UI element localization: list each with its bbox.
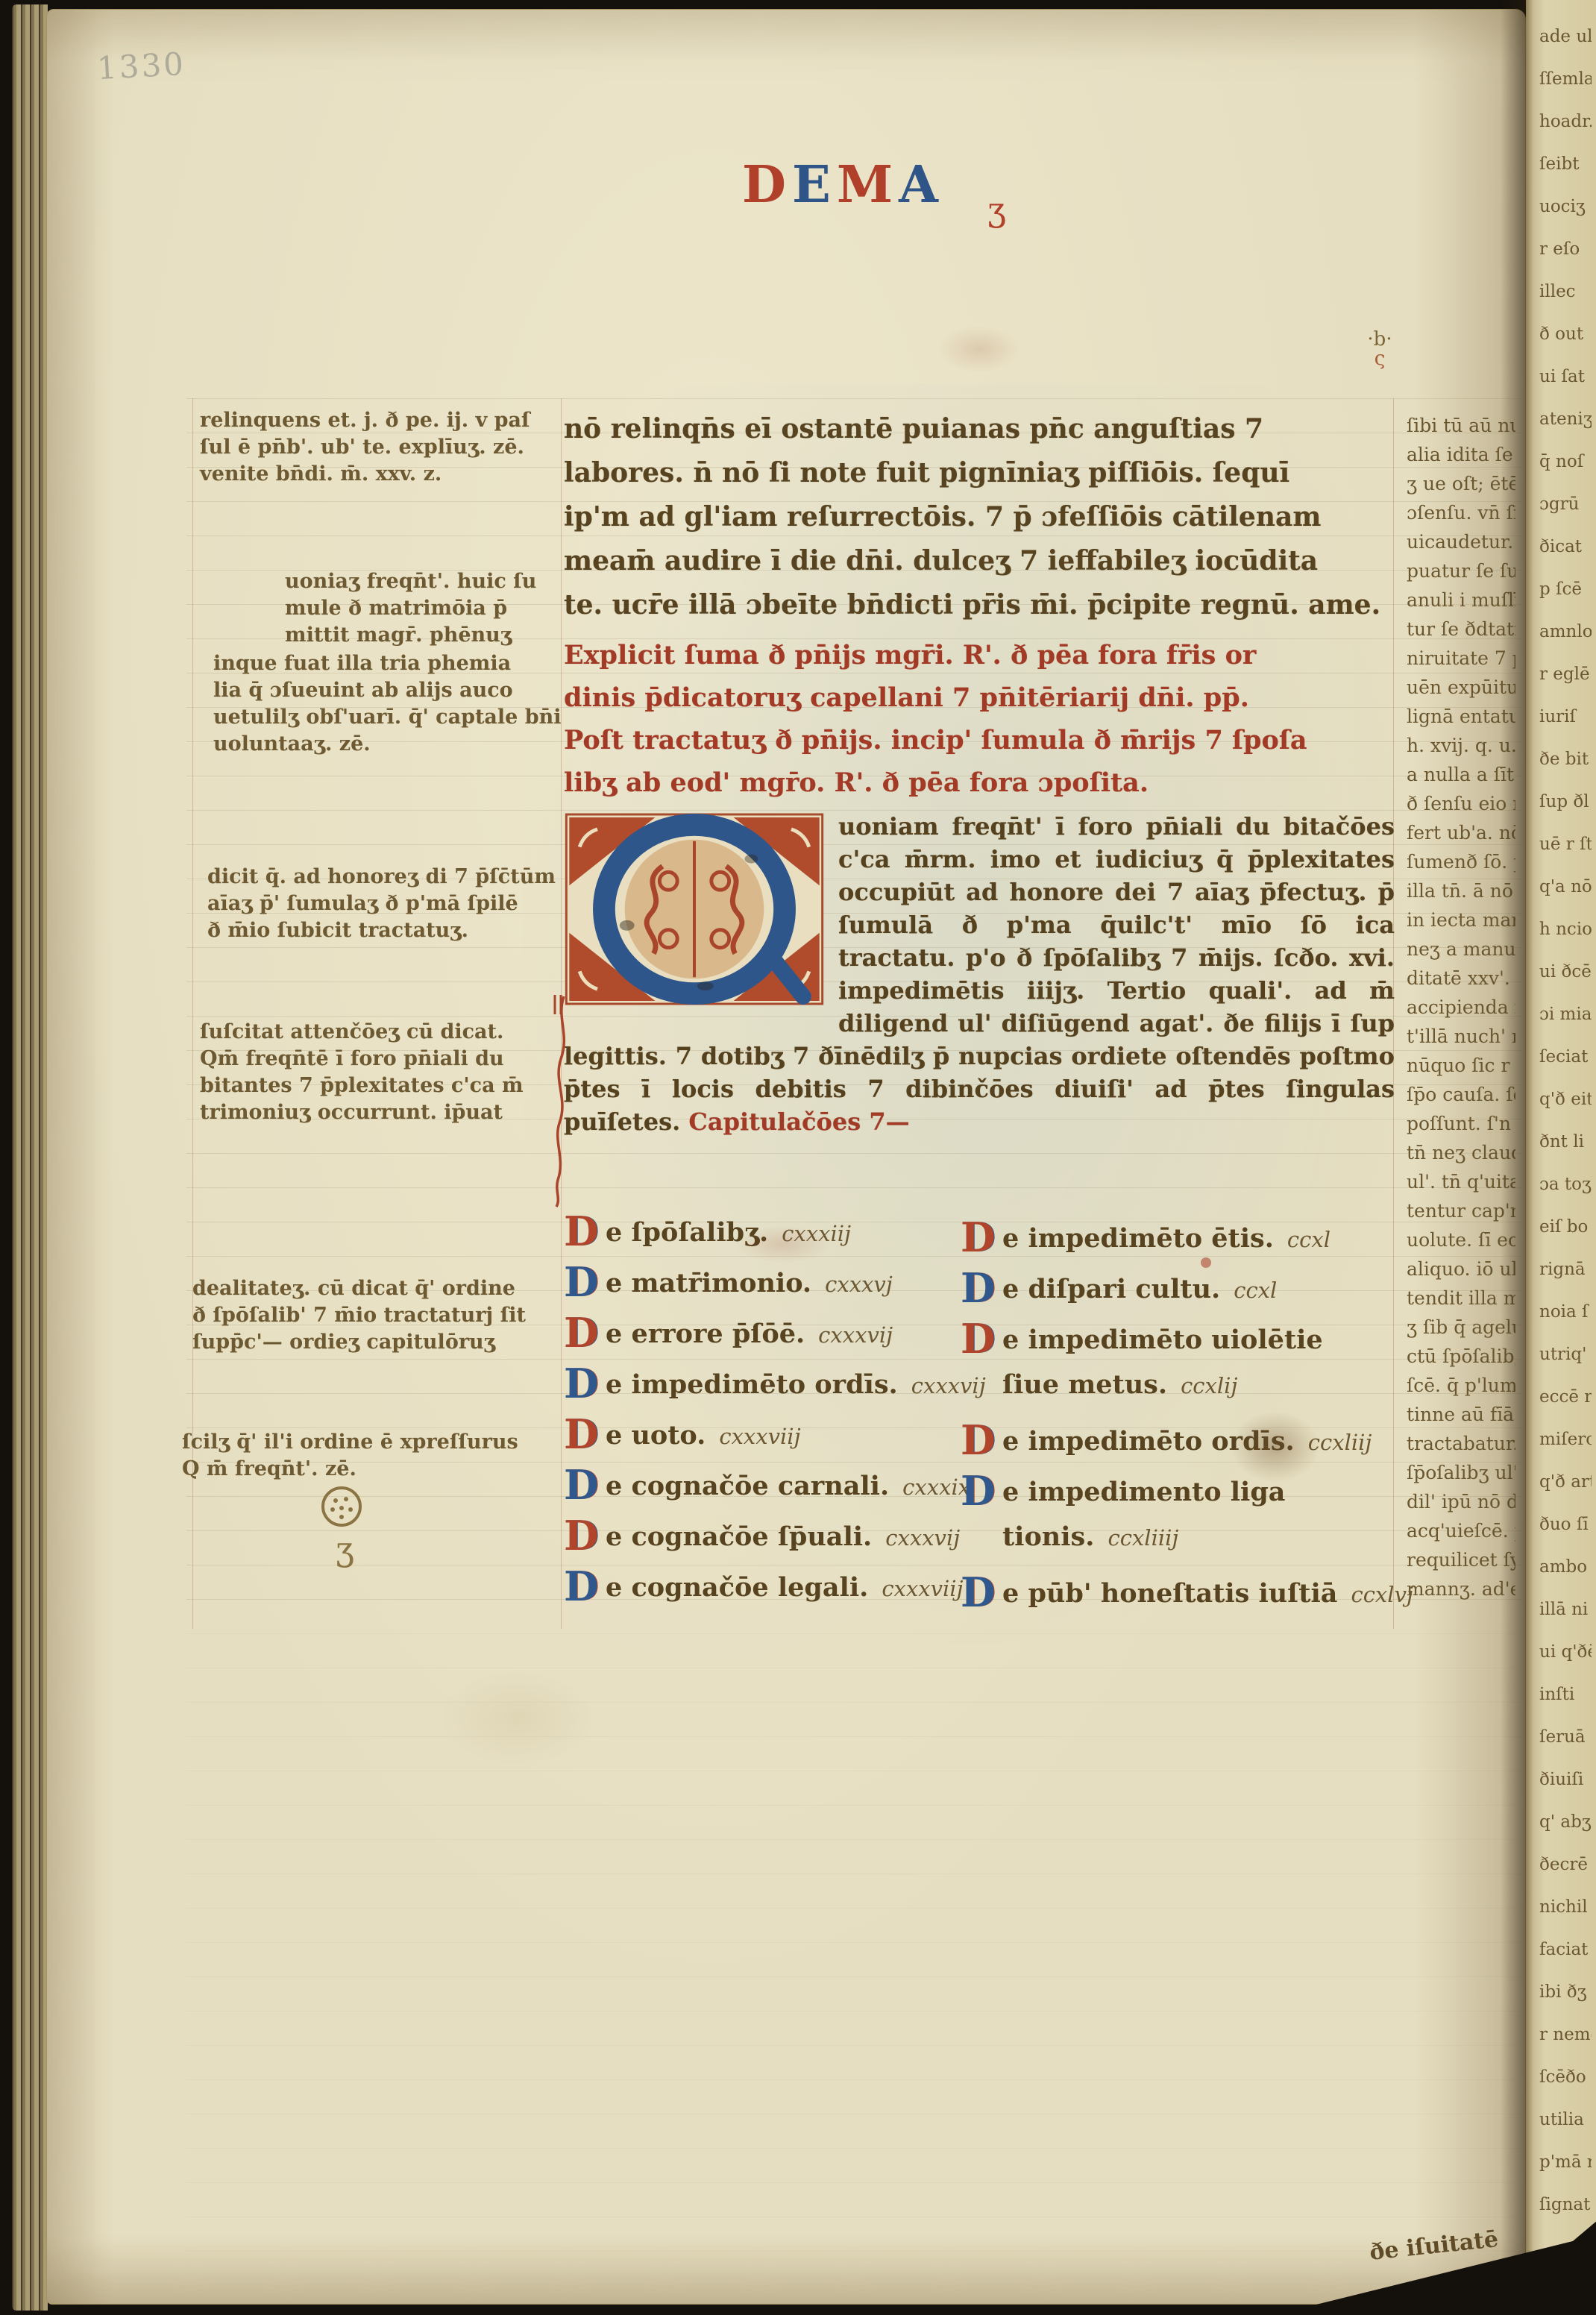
edge-text-fragment: ɔi mia	[1539, 1005, 1592, 1047]
capitula-heading: Capitulačōes 7—	[688, 1108, 909, 1136]
chapter-title: ſiue metus.	[1002, 1369, 1167, 1400]
gutter-gloss-line: ſp̄o cauſa. ſō ɔ inlē	[1407, 1084, 1515, 1113]
gutter-gloss-line: fert ub'a. nō oīʒ q'	[1407, 822, 1515, 851]
gutter-gloss-line: ʒ ſib q̄ ageluttur	[1407, 1316, 1515, 1345]
chapter-initial: D	[961, 1572, 1002, 1612]
gutter-gloss-column: ſibi tū aū nutus aūalia idita ſe nr̄a ad…	[1407, 415, 1515, 1607]
chapter-initial: D	[564, 1515, 606, 1556]
gutter-gloss-line: tur ſe ðdtati iū tū	[1407, 618, 1515, 647]
chapter-initial: D	[961, 1268, 1002, 1308]
quire-mark: ·b· ς	[1359, 330, 1401, 368]
gutter-gloss-line: ditatē xxv'. fingat	[1407, 967, 1515, 996]
gutter-gloss-line: tendit illa mult. p'	[1407, 1287, 1515, 1316]
edge-text-fragment: p ſcē	[1539, 579, 1592, 622]
gloss-line: ſul ē pn̄b'. ub' te. explīuʒ. zē.	[200, 434, 530, 461]
running-header-letter: M	[837, 160, 899, 210]
chapter-row: De impedimēto ētis.ccxl	[961, 1217, 1401, 1268]
gutter-gloss-line: illa tn̄. ā nō ſuga	[1407, 880, 1515, 909]
edge-text-fragment: noia ſ	[1539, 1302, 1592, 1345]
chapter-title: e matr̄imonio.	[606, 1268, 811, 1298]
chapter-list-left: De ſpōſalibʒ.cxxxiij De matr̄imonio.cxxx…	[564, 1211, 967, 1617]
chapter-number: cxxxvij	[818, 1322, 893, 1348]
gutter-gloss-line: ſibi tū aū nutus aū	[1407, 415, 1515, 444]
gutter-gloss-line: acq'uieſcē. p̄n' h'	[1407, 1520, 1515, 1549]
gutter-gloss-line: anuli i muſlīeʒ. x p̄	[1407, 589, 1515, 618]
svg-text:ʒ: ʒ	[336, 1530, 354, 1568]
edge-text-fragment: miſero	[1539, 1430, 1592, 1472]
edge-text-fragment: h ncio	[1539, 920, 1592, 962]
gutter-gloss-line: ſp̄oſalibʒ ul' mīo. ʒ	[1407, 1462, 1515, 1491]
edge-text-fragment: iuriſ	[1539, 707, 1592, 750]
chapter-initial: D	[961, 1471, 1002, 1511]
gloss-line: mittit magr̄. phēnuʒ	[285, 622, 536, 649]
chapter-number: cxxxvij	[885, 1525, 960, 1551]
gutter-gloss-line: nūquo ſic r ā līnʒ	[1407, 1055, 1515, 1084]
edge-text-fragment: ſeibt	[1539, 154, 1592, 197]
chapter-row: ſiue metus.ccxlij	[961, 1369, 1401, 1420]
edge-text-fragment: r eſo	[1539, 239, 1592, 282]
edge-text-fragment: r eglē	[1539, 665, 1592, 707]
edge-text-fragment: ſſemlale	[1539, 69, 1592, 112]
text-line: ip'm ad gl'iam reſurrectōis. 7 p̄ ɔfeſſi…	[564, 495, 1395, 539]
chapter-row: tionis.ccxliiij	[961, 1521, 1401, 1572]
edge-text-fragment: ðiuiſi	[1539, 1770, 1592, 1812]
edge-text-fragment: ſeruā	[1539, 1727, 1592, 1770]
faint-ruling-lines	[186, 1633, 1521, 2260]
stain	[440, 1669, 597, 1766]
edge-text-fragment: ðe bit	[1539, 750, 1592, 792]
rubric-explicit: Explicit ſuma ð pn̄ijs mgr̄i. R'. ð pēa …	[564, 634, 1395, 719]
edge-text-fragment: ðnt li	[1539, 1132, 1592, 1175]
gutter-gloss-line: mannʒ. ad'eſt ppē	[1407, 1578, 1515, 1607]
chapter-initial: D	[961, 1319, 1002, 1359]
edge-text-fragment: r nemo	[1539, 2025, 1592, 2067]
gutter-gloss-line: ctū ſpōſalibʒ ag'o	[1407, 1345, 1515, 1375]
gutter-gloss-line: lignā entatur ue nō	[1407, 706, 1515, 735]
header-flourish: ʒ	[987, 191, 1006, 229]
edge-text-fragment: ade ul'	[1539, 27, 1592, 69]
chapter-title: e cognačōe carnali.	[606, 1471, 889, 1501]
gutter-gloss-line: dil' ipū nō dotuecē	[1407, 1491, 1515, 1520]
pencil-folio-number: 1330	[96, 45, 186, 87]
chapter-title: e diſpari cultu.	[1002, 1274, 1220, 1304]
edge-text-fragment: ui q'ðē	[1539, 1642, 1592, 1685]
chapter-title: e impedimēto ētis.	[1002, 1223, 1274, 1254]
edge-text-fragment: q'ð art	[1539, 1472, 1592, 1515]
chapter-initial: D	[564, 1566, 606, 1606]
gutter-gloss-line: a nulla a ſīt ub'cū	[1407, 764, 1515, 793]
gutter-gloss-line: ul'. tn̄ q'uitale ðe ðe	[1407, 1171, 1515, 1200]
gutter-gloss-line: tentur cap'nut ð illā	[1407, 1200, 1515, 1229]
edge-text-fragment: faciat	[1539, 1940, 1592, 1982]
gutter-gloss-line: tn̄ neʒ claudiune	[1407, 1142, 1515, 1171]
gutter-gloss-line: ʒ ue oſt; ētē ð nūile	[1407, 473, 1515, 502]
quire-mark-flourish: ς	[1359, 349, 1401, 368]
chapter-title: e errore p̄ſōē.	[606, 1319, 805, 1349]
margin-gloss-4: ſuſcitat attenčōeʒ cū dicat.Qm̄ freqn̄tē…	[200, 1019, 524, 1126]
gutter-gloss-line: ſumenð ſō. p'mā	[1407, 851, 1515, 880]
edge-text-fragment: amnlo	[1539, 622, 1592, 665]
edge-text-fragment: ſeciat	[1539, 1047, 1592, 1090]
gloss-line: venite bn̄di. m̄. xxv. z.	[200, 461, 530, 488]
edge-text-fragment: q̄ noſ	[1539, 452, 1592, 494]
running-header: DEMA	[742, 160, 944, 210]
chapter-title: e cognačōe ſp̄uali.	[606, 1521, 872, 1552]
chapter-title: e cognačōe legali.	[606, 1572, 868, 1603]
decorated-initial-q	[564, 813, 825, 1005]
chapter-row: De cognačōe legali.cxxxviij	[564, 1566, 967, 1617]
gloss-line: relinquens et. j. ð pe. ij. v paſ	[200, 407, 530, 434]
chapter-initial: D	[564, 1211, 606, 1251]
gloss-line: ſupp̄c'— ordieʒ capitulōruʒ	[192, 1329, 526, 1356]
gloss-line: lia q̄ ɔſueuint ab alijs auco	[213, 677, 562, 704]
edge-text-fragment: nichil	[1539, 1897, 1592, 1940]
edge-text-fragment: utriq'	[1539, 1345, 1592, 1387]
chapter-row: De uoto.cxxxviij	[564, 1414, 967, 1465]
chapter-number: cxxxvj	[825, 1272, 893, 1297]
gutter-gloss-line: uēn expūitur. ɔuſco	[1407, 676, 1515, 706]
edge-text-fragment: hoadr.	[1539, 112, 1592, 154]
margin-gloss-3: dicit q̄. ad honoreʒ di 7 p̄ſc̄tūmaīaʒ p…	[207, 864, 556, 944]
gloss-line: Qm̄ freqn̄tē ī foro pn̄iali du	[200, 1046, 524, 1072]
running-header-letter: E	[792, 160, 837, 210]
gutter-gloss-line: in iecta manu. ul'	[1407, 909, 1515, 938]
margin-gloss-5: dealitateʒ. cū dicat q̄' ordineð ſpōſali…	[192, 1275, 526, 1356]
edge-text-fragment: ſignat	[1539, 2195, 1592, 2237]
gutter-gloss-line: niruitate 7 pūia ſcē	[1407, 647, 1515, 676]
edge-text-fragment: illā ni	[1539, 1600, 1592, 1642]
chapter-initial: D	[961, 1217, 1002, 1257]
edge-text-fragment: utilia	[1539, 2110, 1592, 2152]
edge-text-fragment: inſti	[1539, 1685, 1592, 1727]
text-line: meam̄ audire ī die dn̄i. dulceʒ 7 ieffab…	[564, 539, 1395, 583]
edge-text-fragment: ɔa toʒ	[1539, 1175, 1592, 1217]
chapter-title: e impedimento liga	[1002, 1477, 1285, 1507]
gutter-gloss-line: aliquo. iō ul' aligo oſ'	[1407, 1258, 1515, 1287]
running-header-letter: D	[742, 160, 792, 210]
gloss-line: dealitateʒ. cū dicat q̄' ordine	[192, 1275, 526, 1302]
stain	[938, 325, 1020, 373]
edge-text-fragment: ðuo ſī	[1539, 1515, 1592, 1557]
stain	[1231, 1411, 1320, 1483]
edge-text-fragment: q' abʒ	[1539, 1812, 1592, 1855]
gloss-line: ſcilʒ q̄' il'i ordine ē xpreſſurus	[182, 1429, 518, 1456]
chapter-number: ccxlvj	[1351, 1582, 1413, 1607]
edge-text-fragment: q'ð eit	[1539, 1090, 1592, 1132]
edge-text-fragment: uociʒ	[1539, 197, 1592, 239]
edge-text-fragment: q'a nō	[1539, 877, 1592, 920]
chapter-row: De cognačōe ſp̄uali.cxxxvij	[564, 1515, 967, 1566]
edge-text-fragment: ambo	[1539, 1557, 1592, 1600]
gutter-gloss-line: uicaudetur. lapu 7 cū	[1407, 531, 1515, 560]
gutter-gloss-line: t'illā nuch' reſpōſio	[1407, 1025, 1515, 1055]
gutter-gloss-line: ð ſenſu eio n' q'libet	[1407, 793, 1515, 822]
gutter-gloss-line: tractabatur. l'oē aū	[1407, 1433, 1515, 1462]
margin-gloss-2b: inque fuat illa tria phemialia q̄ ɔſueui…	[213, 650, 562, 758]
margin-gloss-6: ſcilʒ q̄' il'i ordine ē xpreſſurusQ m̄ f…	[182, 1429, 518, 1483]
gutter-gloss-line: uolute. ſī eoplicatā	[1407, 1229, 1515, 1258]
chapter-list-right: De impedimēto ētis.ccxl De diſpari cultu…	[961, 1217, 1401, 1623]
chapter-number: cxxxviij	[719, 1424, 800, 1449]
gloss-line: uetulilʒ obſ'uarī. q̄' captale bn̄i	[213, 704, 562, 731]
edge-text-fragment: eccē r	[1539, 1387, 1592, 1430]
next-folio-text-fragments: ade ul'ſſemlalehoadr.ſeibtuociʒr eſoille…	[1539, 27, 1596, 2237]
edge-text-fragment: ſup ðl	[1539, 792, 1592, 835]
text-line: labores. n̄ nō ſi note fuit pignīniaʒ pi…	[564, 451, 1395, 495]
gutter-gloss-line: h. xvij. q. u. eoīʒ ð	[1407, 735, 1515, 764]
rubric-line: Explicit ſuma ð pn̄ijs mgr̄i. R'. ð pēa …	[564, 634, 1395, 676]
circle-doodle: ʒ	[313, 1484, 365, 1570]
gutter-gloss-line: ɔſenſu. vn̄ ſi puella	[1407, 502, 1515, 531]
red-ink-dot	[1201, 1257, 1211, 1268]
chapter-number: ccxl	[1234, 1278, 1277, 1303]
chapter-row: De errore p̄ſōē.cxxxvij	[564, 1313, 967, 1363]
gloss-line: Q m̄ freqn̄t'. zē.	[182, 1456, 518, 1483]
gutter-gloss-line: requilicet ſyōnē uc'	[1407, 1549, 1515, 1578]
running-header-letter: A	[899, 160, 944, 210]
red-pen-flourish	[549, 992, 579, 1208]
edge-text-fragment: ðicat	[1539, 537, 1592, 579]
chapter-initial: D	[961, 1420, 1002, 1460]
edge-text-fragment: ð out	[1539, 324, 1592, 367]
chapter-number: ccxl	[1287, 1227, 1330, 1252]
chapter-row: De impedimēto ordīs.cxxxvij	[564, 1363, 967, 1414]
edge-text-fragment: eiſ bo	[1539, 1217, 1592, 1260]
edge-text-fragment: ðecrē	[1539, 1855, 1592, 1897]
rubric-line: libʒ ab eod' mgr̄o. R'. ð pēa fora ɔpoſi…	[564, 761, 1395, 804]
gutter-gloss-line: accipienda inde	[1407, 996, 1515, 1025]
closing-paragraph: nō relinqn̄s eī ostantē puianas pn̄c ang…	[564, 407, 1395, 627]
gloss-line: bitantes 7 p̄plexitates c'ca m̄	[200, 1072, 524, 1099]
chapter-initial: D	[564, 1313, 606, 1353]
chapter-initial: D	[564, 1465, 606, 1505]
chapter-initial: D	[564, 1262, 606, 1302]
edge-text-fragment: ſcēðo	[1539, 2067, 1592, 2110]
edge-text-fragment: uē r ſt	[1539, 835, 1592, 877]
text-line: te. ucr̄e illā ɔbeīte bn̄dicti pr̄is m̄i…	[564, 583, 1395, 627]
chapter-row: De matr̄imonio.cxxxvj	[564, 1262, 967, 1313]
chapter-number: cxxxviij	[882, 1576, 963, 1601]
gloss-line: dicit q̄. ad honoreʒ di 7 p̄ſc̄tūm	[207, 864, 556, 890]
edge-text-fragment: p'mā r	[1539, 2152, 1592, 2195]
chapter-title: e pūb' honeſtatis iuſtiā	[1002, 1578, 1337, 1609]
chapter-number: ccxliiij	[1108, 1525, 1178, 1551]
gloss-line: ð ſpōſalib' 7 m̄io tractaturj ſit	[192, 1302, 526, 1329]
text-line: nō relinqn̄s eī ostantē puianas pn̄c ang…	[564, 407, 1395, 451]
chapter-row: De impedimēto ordīs.ccxliij	[961, 1420, 1401, 1471]
chapter-title: e uoto.	[606, 1420, 706, 1451]
edge-text-fragment: ɔgrū	[1539, 494, 1592, 537]
gutter-gloss-line: tinne aū fīā ſc ā l'	[1407, 1404, 1515, 1433]
margin-gloss-1: relinquens et. j. ð pe. ij. v paſſul ē p…	[200, 407, 530, 488]
gutter-gloss-line: poſſunt. ſ'n erale	[1407, 1113, 1515, 1142]
gutter-gloss-line: puatur ſe ſubanan	[1407, 560, 1515, 589]
chapter-initial: D	[564, 1363, 606, 1404]
rubric-line: dinis p̄dicatoruʒ capellani 7 pn̄itēriar…	[564, 676, 1395, 719]
book-page-edges	[12, 4, 48, 2311]
chapter-title: e impedimēto ordīs.	[606, 1369, 898, 1400]
manuscript-photo: 1330 DEMA ʒ ·b· ς relinquens et. j. ð pe…	[0, 0, 1596, 2315]
gutter-gloss-line: neʒ a manu inb'o	[1407, 938, 1515, 967]
chapter-title: tionis.	[1002, 1521, 1094, 1552]
edge-text-fragment: rignā	[1539, 1260, 1592, 1302]
rubric-incipit: Poſt tractatuʒ ð pn̄ijs. incip' ſumula ð…	[564, 719, 1395, 804]
gloss-line: mule ð matrimōia p̄	[285, 595, 536, 622]
chapter-initial: D	[564, 1414, 606, 1454]
margin-gloss-2a: uoniaʒ freqn̄t'. huic ſumule ð matrimōia…	[285, 568, 536, 649]
gloss-line: trimoniuʒ occurrunt. ip̄uat	[200, 1099, 524, 1126]
edge-text-fragment: illec	[1539, 282, 1592, 324]
next-folio-edge: ade ul'ſſemlalehoadr.ſeibtuociʒr eſoille…	[1526, 0, 1596, 2276]
opening-paragraph: uoniam freqn̄t' ī foro pn̄iali du bitačō…	[564, 810, 1395, 1208]
chapter-row: De impedimento liga	[961, 1471, 1401, 1521]
chapter-row: De diſpari cultu.ccxl	[961, 1268, 1401, 1319]
chapter-row: De pūb' honeſtatis iuſtiāccxlvj	[961, 1572, 1401, 1623]
rubric-line: Poſt tractatuʒ ð pn̄ijs. incip' ſumula ð…	[564, 719, 1395, 761]
gloss-line: aīaʒ p̄' ſumulaʒ ð p'mā ſpilē	[207, 890, 556, 917]
chapter-number: ccxlij	[1181, 1373, 1237, 1398]
quire-mark-letter: ·b·	[1359, 330, 1401, 349]
gloss-line: uoniaʒ freqn̄t'. huic ſu	[285, 568, 536, 595]
gloss-line: ð m̄io ſubicit tractatuʒ.	[207, 917, 556, 944]
gutter-shadow	[1501, 0, 1527, 2282]
chapter-title: e impedimēto uiolētie	[1002, 1325, 1323, 1355]
gloss-line: ſuſcitat attenčōeʒ cū dicat.	[200, 1019, 524, 1046]
gloss-line: inque fuat illa tria phemia	[213, 650, 562, 677]
gutter-gloss-line: alia idita ſe nr̄a ad	[1407, 444, 1515, 473]
gutter-gloss-line: ſcē. q̄ p'lumitur q'	[1407, 1375, 1515, 1404]
edge-text-fragment: ateniʒ	[1539, 409, 1592, 452]
gloss-line: uoluntaaʒ. zē.	[213, 731, 562, 758]
edge-text-fragment: ui ðcē	[1539, 962, 1592, 1005]
chapter-row: De cognačōe carnali.cxxxix'	[564, 1465, 967, 1515]
edge-text-fragment: ui ſat	[1539, 367, 1592, 409]
edge-text-fragment: ibi ðʒ	[1539, 1982, 1592, 2025]
chapter-row: De impedimēto uiolētie	[961, 1319, 1401, 1369]
stain	[735, 1225, 832, 1263]
